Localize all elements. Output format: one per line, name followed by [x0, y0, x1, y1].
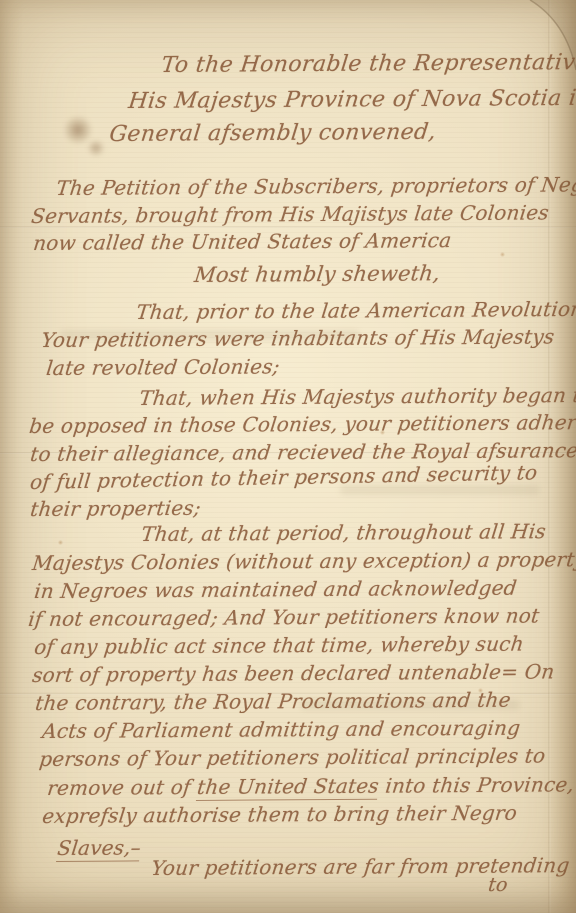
- salutation-line: Most humbly sheweth,: [193, 261, 441, 287]
- opening-line-2: Servants, brought from His Majistys late…: [30, 200, 550, 228]
- ink-stain: [62, 116, 94, 144]
- heading-line-1: To the Honorable the Representatives for: [160, 50, 576, 78]
- fox-spot: [500, 252, 505, 257]
- body-line: That, when His Majestys authority began …: [138, 383, 576, 410]
- body-line-united-states: remove out of the United States into thi…: [46, 772, 576, 800]
- body-line: be opposed in those Colonies, your petit…: [28, 410, 576, 438]
- heading-line-2: His Majestys Province of Nova Scotia in: [127, 86, 576, 114]
- body-line: their properties;: [29, 496, 202, 521]
- body-line: persons of Your petitioners political pr…: [38, 743, 547, 771]
- body-line: Your petitioners were inhabitants of His…: [40, 324, 556, 352]
- page-corner-curl: [486, 0, 576, 90]
- opening-line-1: The Petition of the Subscribers, proprie…: [55, 172, 576, 200]
- heading-line-3: General afsembly convened,: [108, 120, 437, 147]
- body-line: if not encouraged; And Your petitioners …: [27, 603, 541, 631]
- text-run: remove out of: [46, 775, 199, 800]
- body-line: the contrary, the Royal Proclamations an…: [34, 688, 512, 715]
- opening-line-3: now called the United States of America: [32, 228, 453, 255]
- body-line: Majestys Colonies (without any exception…: [31, 547, 576, 575]
- body-line: in Negroes was maintained and acknowledg…: [33, 576, 518, 603]
- manuscript-page: To the Honorable the Representatives for…: [0, 0, 576, 913]
- body-line: Acts of Parliament admitting and encoura…: [41, 716, 522, 743]
- body-line: exprefsly authorise them to bring their …: [41, 801, 519, 828]
- body-line: late revolted Colonies;: [45, 354, 281, 380]
- catchword: to: [487, 874, 509, 896]
- underlined-slaves-word: Slaves,–: [56, 835, 142, 862]
- underlined-united-states: the United States: [196, 774, 381, 801]
- body-line: sort of property has been declared unten…: [31, 659, 556, 687]
- body-line: That, prior to the late American Revolut…: [135, 297, 576, 324]
- body-line: of any public act since that time, where…: [33, 632, 525, 659]
- body-line: That, at that period, throughout all His: [140, 519, 547, 546]
- fox-spot: [58, 540, 63, 545]
- text-run: into this Province,: [378, 772, 576, 797]
- ink-stain: [86, 140, 106, 156]
